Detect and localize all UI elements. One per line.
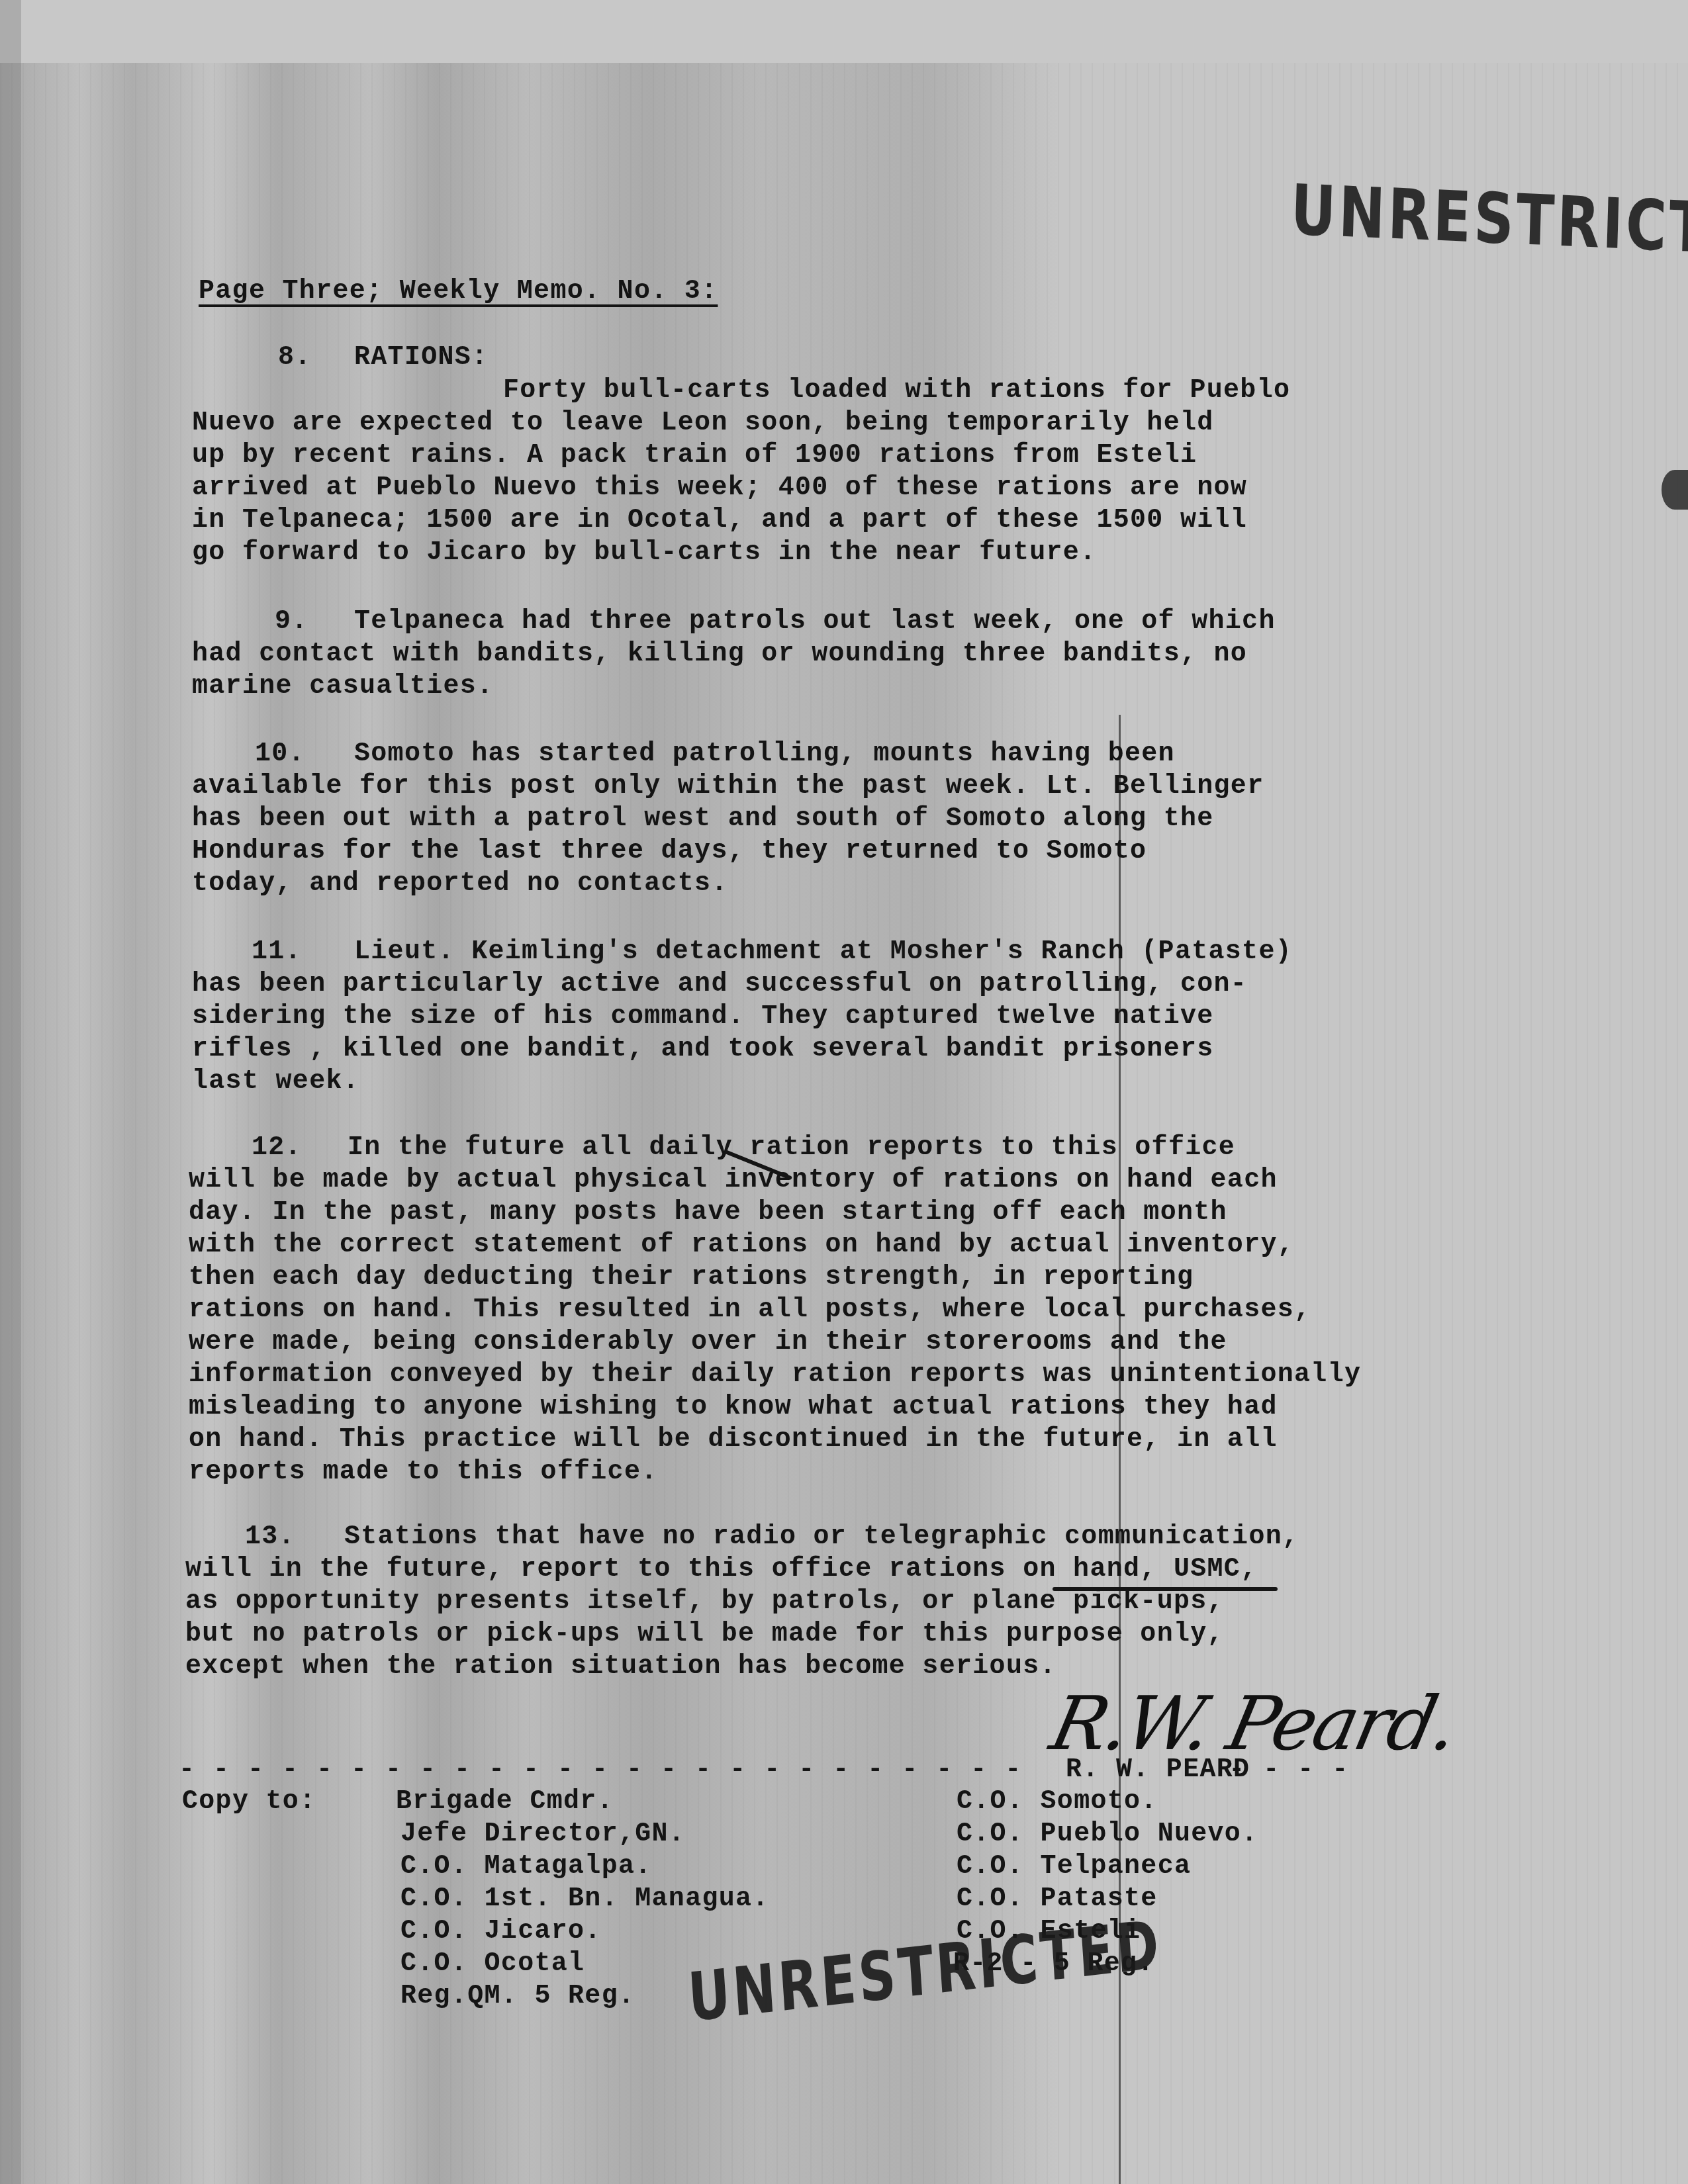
punch-hole-mark bbox=[1662, 470, 1688, 510]
section-12-number: 12. bbox=[252, 1133, 302, 1163]
section-12-line: misleading to anyone wishing to know wha… bbox=[189, 1392, 1278, 1423]
section-9-line: marine casualties. bbox=[192, 672, 493, 702]
section-12-line: then each day deducting their rations st… bbox=[189, 1263, 1194, 1293]
section-8-line: up by recent rains. A pack train of 1900… bbox=[192, 441, 1197, 471]
section-13-line: but no patrols or pick-ups will be made … bbox=[185, 1619, 1224, 1650]
section-12-line: were made, being considerably over in th… bbox=[189, 1328, 1227, 1358]
section-11-line: sidering the size of his command. They c… bbox=[192, 1002, 1214, 1032]
section-8-title: RATIONS: bbox=[354, 343, 488, 373]
section-10-line: has been out with a patrol west and sout… bbox=[192, 804, 1214, 835]
section-13-line: as opportunity presents itself, by patro… bbox=[185, 1587, 1224, 1617]
section-10-line: today, and reported no contacts. bbox=[192, 869, 728, 899]
section-9-line: had contact with bandits, killing or wou… bbox=[192, 639, 1247, 670]
section-13-line: except when the ration situation has bec… bbox=[185, 1652, 1056, 1682]
section-8-line: arrived at Pueblo Nuevo this week; 400 o… bbox=[192, 473, 1247, 504]
section-12-line: with the correct statement of rations on… bbox=[189, 1230, 1294, 1261]
section-11-line: rifles , killed one bandit, and took sev… bbox=[192, 1034, 1214, 1065]
section-12-line: In the future all daily ration reports t… bbox=[348, 1133, 1235, 1163]
copy-to-recipient: Reg.QM. 5 Reg. bbox=[400, 1981, 635, 2012]
section-12-line: on hand. This practice will be discontin… bbox=[189, 1425, 1278, 1455]
section-10-number: 10. bbox=[255, 739, 305, 770]
scan-top-margin bbox=[0, 0, 1688, 63]
section-9-line: Telpaneca had three patrols out last wee… bbox=[354, 607, 1276, 637]
handwritten-signature: R.W. Peard. bbox=[1043, 1681, 1464, 1767]
copy-to-recipient: Brigade Cmdr. bbox=[396, 1787, 614, 1817]
section-11-line: last week. bbox=[192, 1067, 359, 1097]
section-10-line: Somoto has started patrolling, mounts ha… bbox=[354, 739, 1175, 770]
copy-to-recipient: Jefe Director,GN. bbox=[400, 1819, 685, 1850]
pen-underline-mark bbox=[1053, 1587, 1278, 1591]
copy-to-recipient: C.O. 1st. Bn. Managua. bbox=[400, 1884, 769, 1915]
section-11-number: 11. bbox=[252, 937, 302, 968]
copy-to-recipient: C.O. Matagalpa. bbox=[400, 1852, 652, 1882]
copy-to-recipient: C.O. Somoto. bbox=[957, 1787, 1158, 1817]
copy-to-recipient: C.O. Pueblo Nuevo. bbox=[957, 1819, 1258, 1850]
section-10-line: available for this post only within the … bbox=[192, 772, 1264, 802]
section-8-number: 8. bbox=[278, 343, 312, 373]
section-13-number: 13. bbox=[245, 1522, 295, 1553]
scan-left-edge bbox=[0, 0, 21, 2184]
section-8-line: go forward to Jicaro by bull-carts in th… bbox=[192, 538, 1096, 569]
memo-header: Page Three; Weekly Memo. No. 3: bbox=[199, 277, 718, 307]
typed-signature-name: R. W. PEARD bbox=[1066, 1755, 1250, 1786]
section-11-line: Lieut. Keimling's detachment at Mosher's… bbox=[354, 937, 1292, 968]
section-12-line: information conveyed by their daily rati… bbox=[189, 1360, 1361, 1390]
section-10-line: Honduras for the last three days, they r… bbox=[192, 837, 1147, 867]
section-12-line: rations on hand. This resulted in all po… bbox=[189, 1295, 1311, 1326]
section-13-line: Stations that have no radio or telegraph… bbox=[344, 1522, 1299, 1553]
section-8-line: Forty bull-carts loaded with rations for… bbox=[503, 376, 1290, 406]
section-9-number: 9. bbox=[275, 607, 308, 637]
section-13-line: will in the future, report to this offic… bbox=[185, 1555, 1257, 1585]
section-12-line: reports made to this office. bbox=[189, 1457, 658, 1488]
section-12-line: will be made by actual physical inventor… bbox=[189, 1165, 1278, 1196]
section-12-line: day. In the past, many posts have been s… bbox=[189, 1198, 1227, 1228]
copy-to-recipient: C.O. Telpaneca bbox=[957, 1852, 1191, 1882]
copy-to-recipient: C.O. Ocotal bbox=[400, 1949, 585, 1979]
copy-to-recipient: C.O. Jicaro. bbox=[400, 1917, 602, 1947]
section-8-line: in Telpaneca; 1500 are in Ocotal, and a … bbox=[192, 506, 1247, 536]
section-11-line: has been particularly active and success… bbox=[192, 970, 1247, 1000]
copy-to-label: Copy to: bbox=[182, 1787, 316, 1817]
section-8-line: Nuevo are expected to leave Leon soon, b… bbox=[192, 408, 1214, 439]
